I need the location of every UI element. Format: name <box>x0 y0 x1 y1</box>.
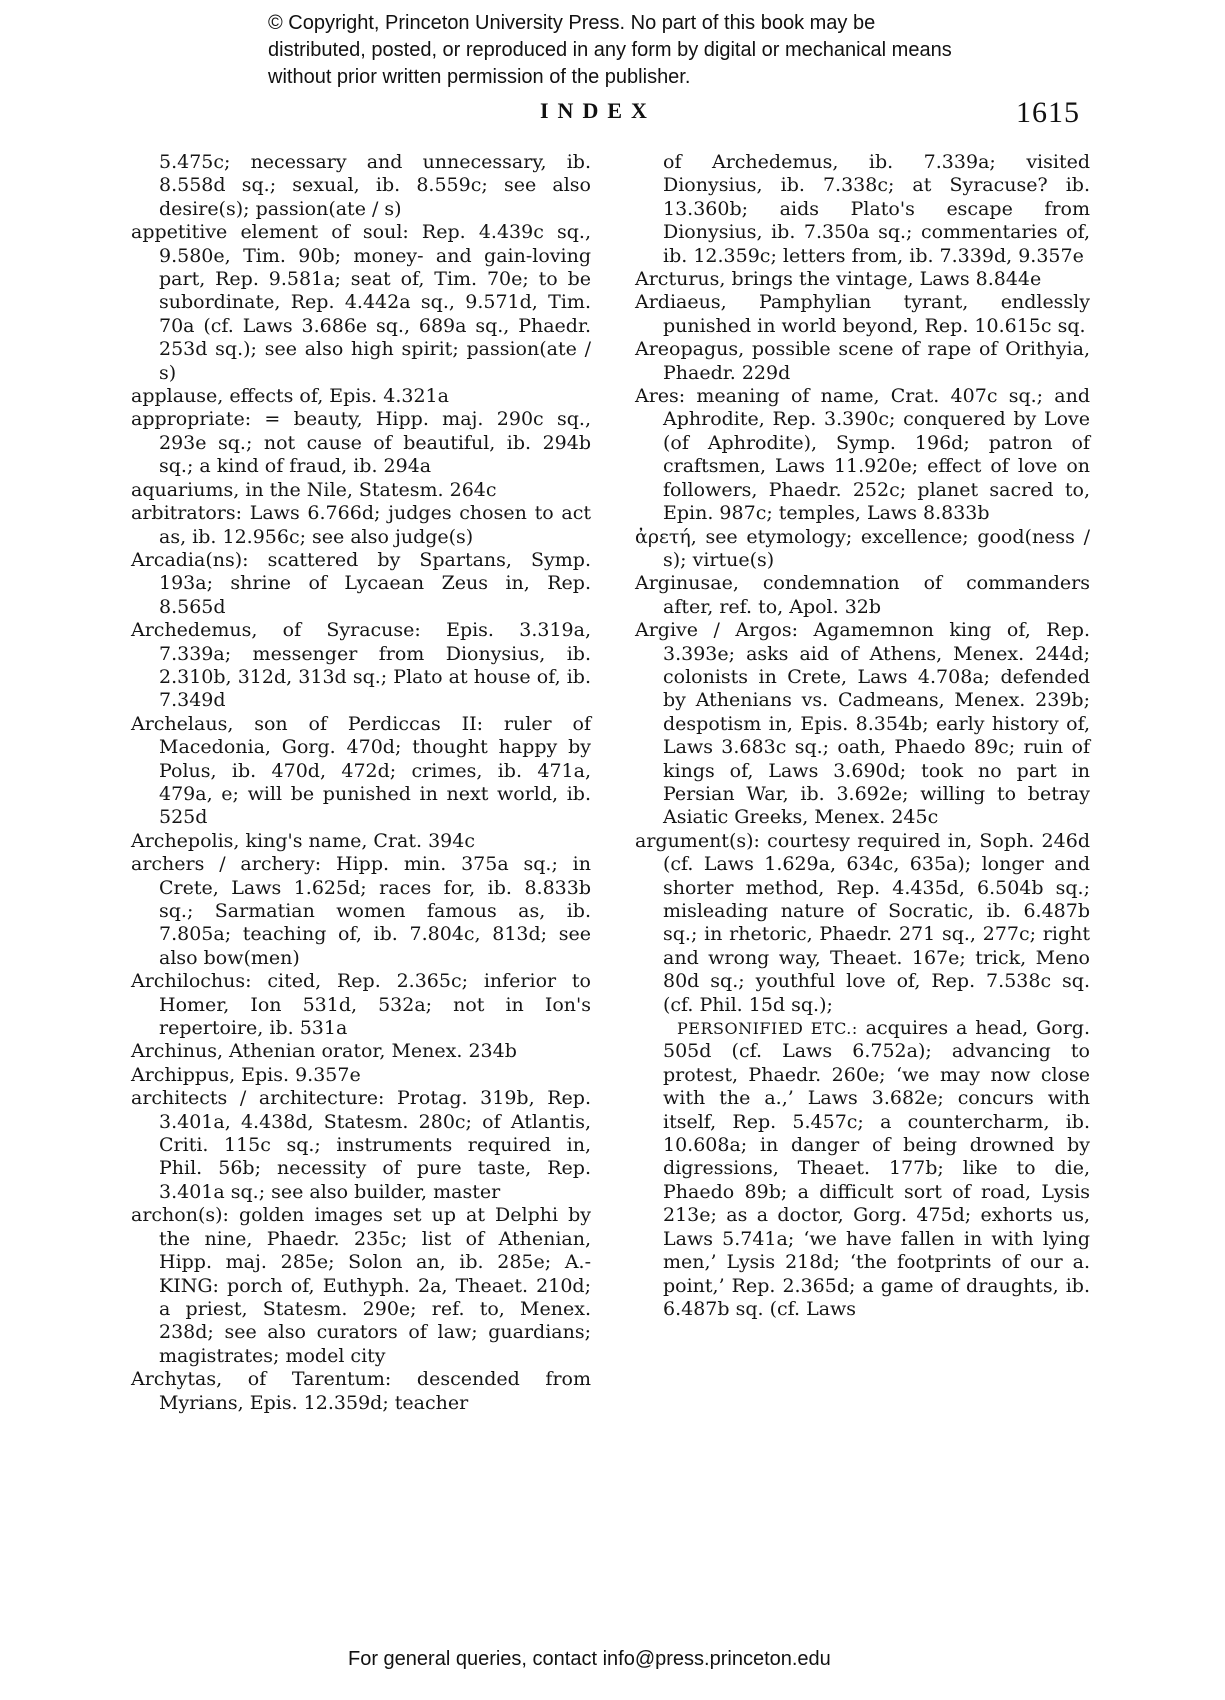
copyright-notice: © Copyright, Princeton University Press.… <box>268 10 968 91</box>
entry-text: appropriate: = beauty, Hipp. maj. 290c s… <box>131 408 591 477</box>
index-entry-continued: 5.475c; necessary and unnecessary, ib. 8… <box>131 151 591 221</box>
entry-text: Archinus, Athenian orator, Menex. 234b <box>131 1040 517 1062</box>
entry-text: archers / archery: Hipp. min. 375a sq.; … <box>131 853 591 969</box>
index-entry: Argive / Argos: Agamemnon king of, Rep. … <box>635 619 1090 830</box>
entry-text: archon(s): golden images set up at Delph… <box>131 1204 591 1366</box>
entry-text: aquariums, in the Nile, Statesm. 264c <box>131 479 497 501</box>
index-entry: argument(s): courtesy required in, Soph.… <box>635 830 1090 1017</box>
index-entry: Ares: meaning of name, Crat. 407c sq.; a… <box>635 385 1090 525</box>
index-entry: appropriate: = beauty, Hipp. maj. 290c s… <box>131 408 591 478</box>
subentry-label: PERSONIFIED ETC.: <box>677 1019 858 1038</box>
index-entry: archers / archery: Hipp. min. 375a sq.; … <box>131 853 591 970</box>
entry-text: of Archedemus, ib. 7.339a; visited Diony… <box>663 151 1090 267</box>
index-entry: archon(s): golden images set up at Delph… <box>131 1204 591 1368</box>
index-column-right: of Archedemus, ib. 7.339a; visited Diony… <box>635 151 1090 1321</box>
entry-text: Archilochus: cited, Rep. 2.365c; inferio… <box>131 970 591 1039</box>
entry-text: Archepolis, king's name, Crat. 394c <box>131 830 475 852</box>
page-number: 1615 <box>1016 96 1080 130</box>
running-head: INDEX <box>540 98 656 124</box>
entry-text: architects / architecture: Protag. 319b,… <box>131 1087 591 1203</box>
entry-text: applause, effects of, Epis. 4.321a <box>131 385 449 407</box>
index-entry-continued: of Archedemus, ib. 7.339a; visited Diony… <box>635 151 1090 268</box>
entry-text: Archytas, of Tarentum: descended from My… <box>131 1368 591 1413</box>
entry-text: Ardiaeus, Pamphylian tyrant, endlessly p… <box>635 291 1090 336</box>
index-column-left: 5.475c; necessary and unnecessary, ib. 8… <box>131 151 591 1415</box>
index-entry: Archepolis, king's name, Crat. 394c <box>131 830 591 853</box>
index-subentry: PERSONIFIED ETC.: acquires a head, Gorg.… <box>635 1017 1090 1321</box>
entry-text: ἀρετή, see etymology; excellence; good(n… <box>635 526 1090 571</box>
entry-text: appetitive element of soul: Rep. 4.439c … <box>131 221 591 383</box>
entry-text: Ares: meaning of name, Crat. 407c sq.; a… <box>635 385 1090 524</box>
index-entry: architects / architecture: Protag. 319b,… <box>131 1087 591 1204</box>
index-entry: Archilochus: cited, Rep. 2.365c; inferio… <box>131 970 591 1040</box>
index-entry: Areopagus, possible scene of rape of Ori… <box>635 338 1090 385</box>
index-entry: ἀρετή, see etymology; excellence; good(n… <box>635 526 1090 573</box>
index-entry: Archedemus, of Syracuse: Epis. 3.319a, 7… <box>131 619 591 713</box>
index-entry: Archinus, Athenian orator, Menex. 234b <box>131 1040 591 1063</box>
entry-text: Arcadia(ns): scattered by Spartans, Symp… <box>131 549 591 618</box>
entry-text: 5.475c; necessary and unnecessary, ib. 8… <box>159 151 591 220</box>
entry-text: Areopagus, possible scene of rape of Ori… <box>635 338 1090 383</box>
index-entry: Arcturus, brings the vintage, Laws 8.844… <box>635 268 1090 291</box>
entry-text: Argive / Argos: Agamemnon king of, Rep. … <box>635 619 1090 828</box>
index-entry: Archytas, of Tarentum: descended from My… <box>131 1368 591 1415</box>
index-entry: appetitive element of soul: Rep. 4.439c … <box>131 221 591 385</box>
index-entry: Arginusae, condemnation of commanders af… <box>635 572 1090 619</box>
index-entry: applause, effects of, Epis. 4.321a <box>131 385 591 408</box>
entry-text: Arginusae, condemnation of commanders af… <box>635 572 1090 617</box>
index-entry: aquariums, in the Nile, Statesm. 264c <box>131 479 591 502</box>
entry-text: argument(s): courtesy required in, Soph.… <box>635 830 1090 1016</box>
entry-text: Arcturus, brings the vintage, Laws 8.844… <box>635 268 1041 290</box>
index-entry: Arcadia(ns): scattered by Spartans, Symp… <box>131 549 591 619</box>
entry-text: arbitrators: Laws 6.766d; judges chosen … <box>131 502 591 547</box>
footer-contact: For general queries, contact info@press.… <box>348 1648 831 1671</box>
index-entry: arbitrators: Laws 6.766d; judges chosen … <box>131 502 591 549</box>
entry-text: Archedemus, of Syracuse: Epis. 3.319a, 7… <box>131 619 591 711</box>
index-entry: Ardiaeus, Pamphylian tyrant, endlessly p… <box>635 291 1090 338</box>
entry-text: acquires a head, Gorg. 505d (cf. Laws 6.… <box>663 1017 1090 1320</box>
entry-text: Archippus, Epis. 9.357e <box>131 1064 361 1086</box>
index-entry: Archelaus, son of Perdiccas II: ruler of… <box>131 713 591 830</box>
index-entry: Archippus, Epis. 9.357e <box>131 1064 591 1087</box>
entry-text: Archelaus, son of Perdiccas II: ruler of… <box>131 713 591 829</box>
